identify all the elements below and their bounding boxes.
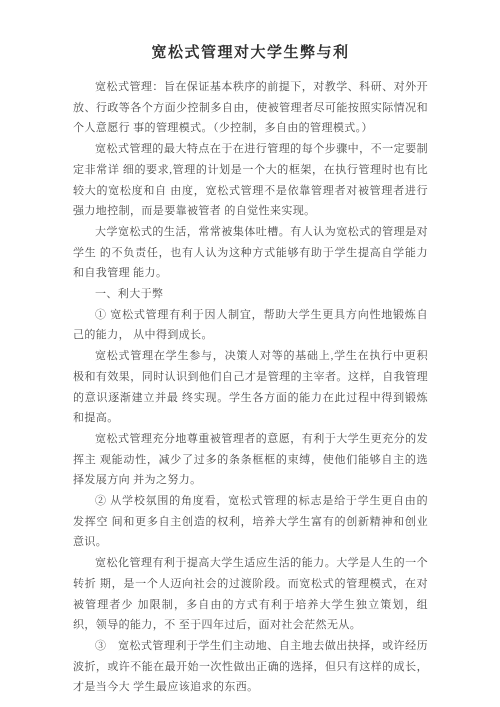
document-body: 宽松式管理：旨在保证基本秩序的前提下，对教学、科研、对外开放、行政等各个方面少控… <box>73 77 428 698</box>
paragraph-definition: 宽松式管理：旨在保证基本秩序的前提下，对教学、科研、对外开放、行政等各个方面少控… <box>73 77 428 139</box>
paragraph-respect-will: 宽松式管理充分地尊重被管理者的意愿，有利于大学生更充分的发挥主 观能动性，减少了… <box>73 429 428 491</box>
paragraph-point-1: ① 宽松式管理有利于因人制宜，帮助大学生更具方向性地锻炼自己的能力， 从中得到成… <box>73 305 428 346</box>
paragraph-participation: 宽松式管理在学生参与，决策人对等的基础上,学生在执行中更积极和有效果，同时认识到… <box>73 346 428 429</box>
paragraph-point-2: ② 从学校氛围的角度看，宽松式管理的标志是给于学生更自由的发挥空 间和更多自主创… <box>73 491 428 553</box>
document-page: 宽松式管理对大学生弊与利 宽松式管理：旨在保证基本秩序的前提下，对教学、科研、对… <box>0 0 500 707</box>
paragraph-features: 宽松式管理的最大特点在于在进行管理的每个步骤中，不一定要制定非常详 细的要求,管… <box>73 139 428 222</box>
paragraph-point-3: ③ 宽松式管理利于学生们主动地、自主地去做出抉择，或许经历波折，或许不能在最开始… <box>73 636 428 698</box>
paragraph-debate: 大学宽松式的生活，常常被集体吐槽。有人认为宽松式的管理是对学生 的不负责任，也有… <box>73 222 428 284</box>
paragraph-adapt-life: 宽松化管理有利于提高大学生适应生活的能力。大学是人生的一个转折 期，是一个人迈向… <box>73 553 428 636</box>
section-heading-pros: 一、利大于弊 <box>73 284 428 305</box>
document-title: 宽松式管理对大学生弊与利 <box>73 42 428 64</box>
